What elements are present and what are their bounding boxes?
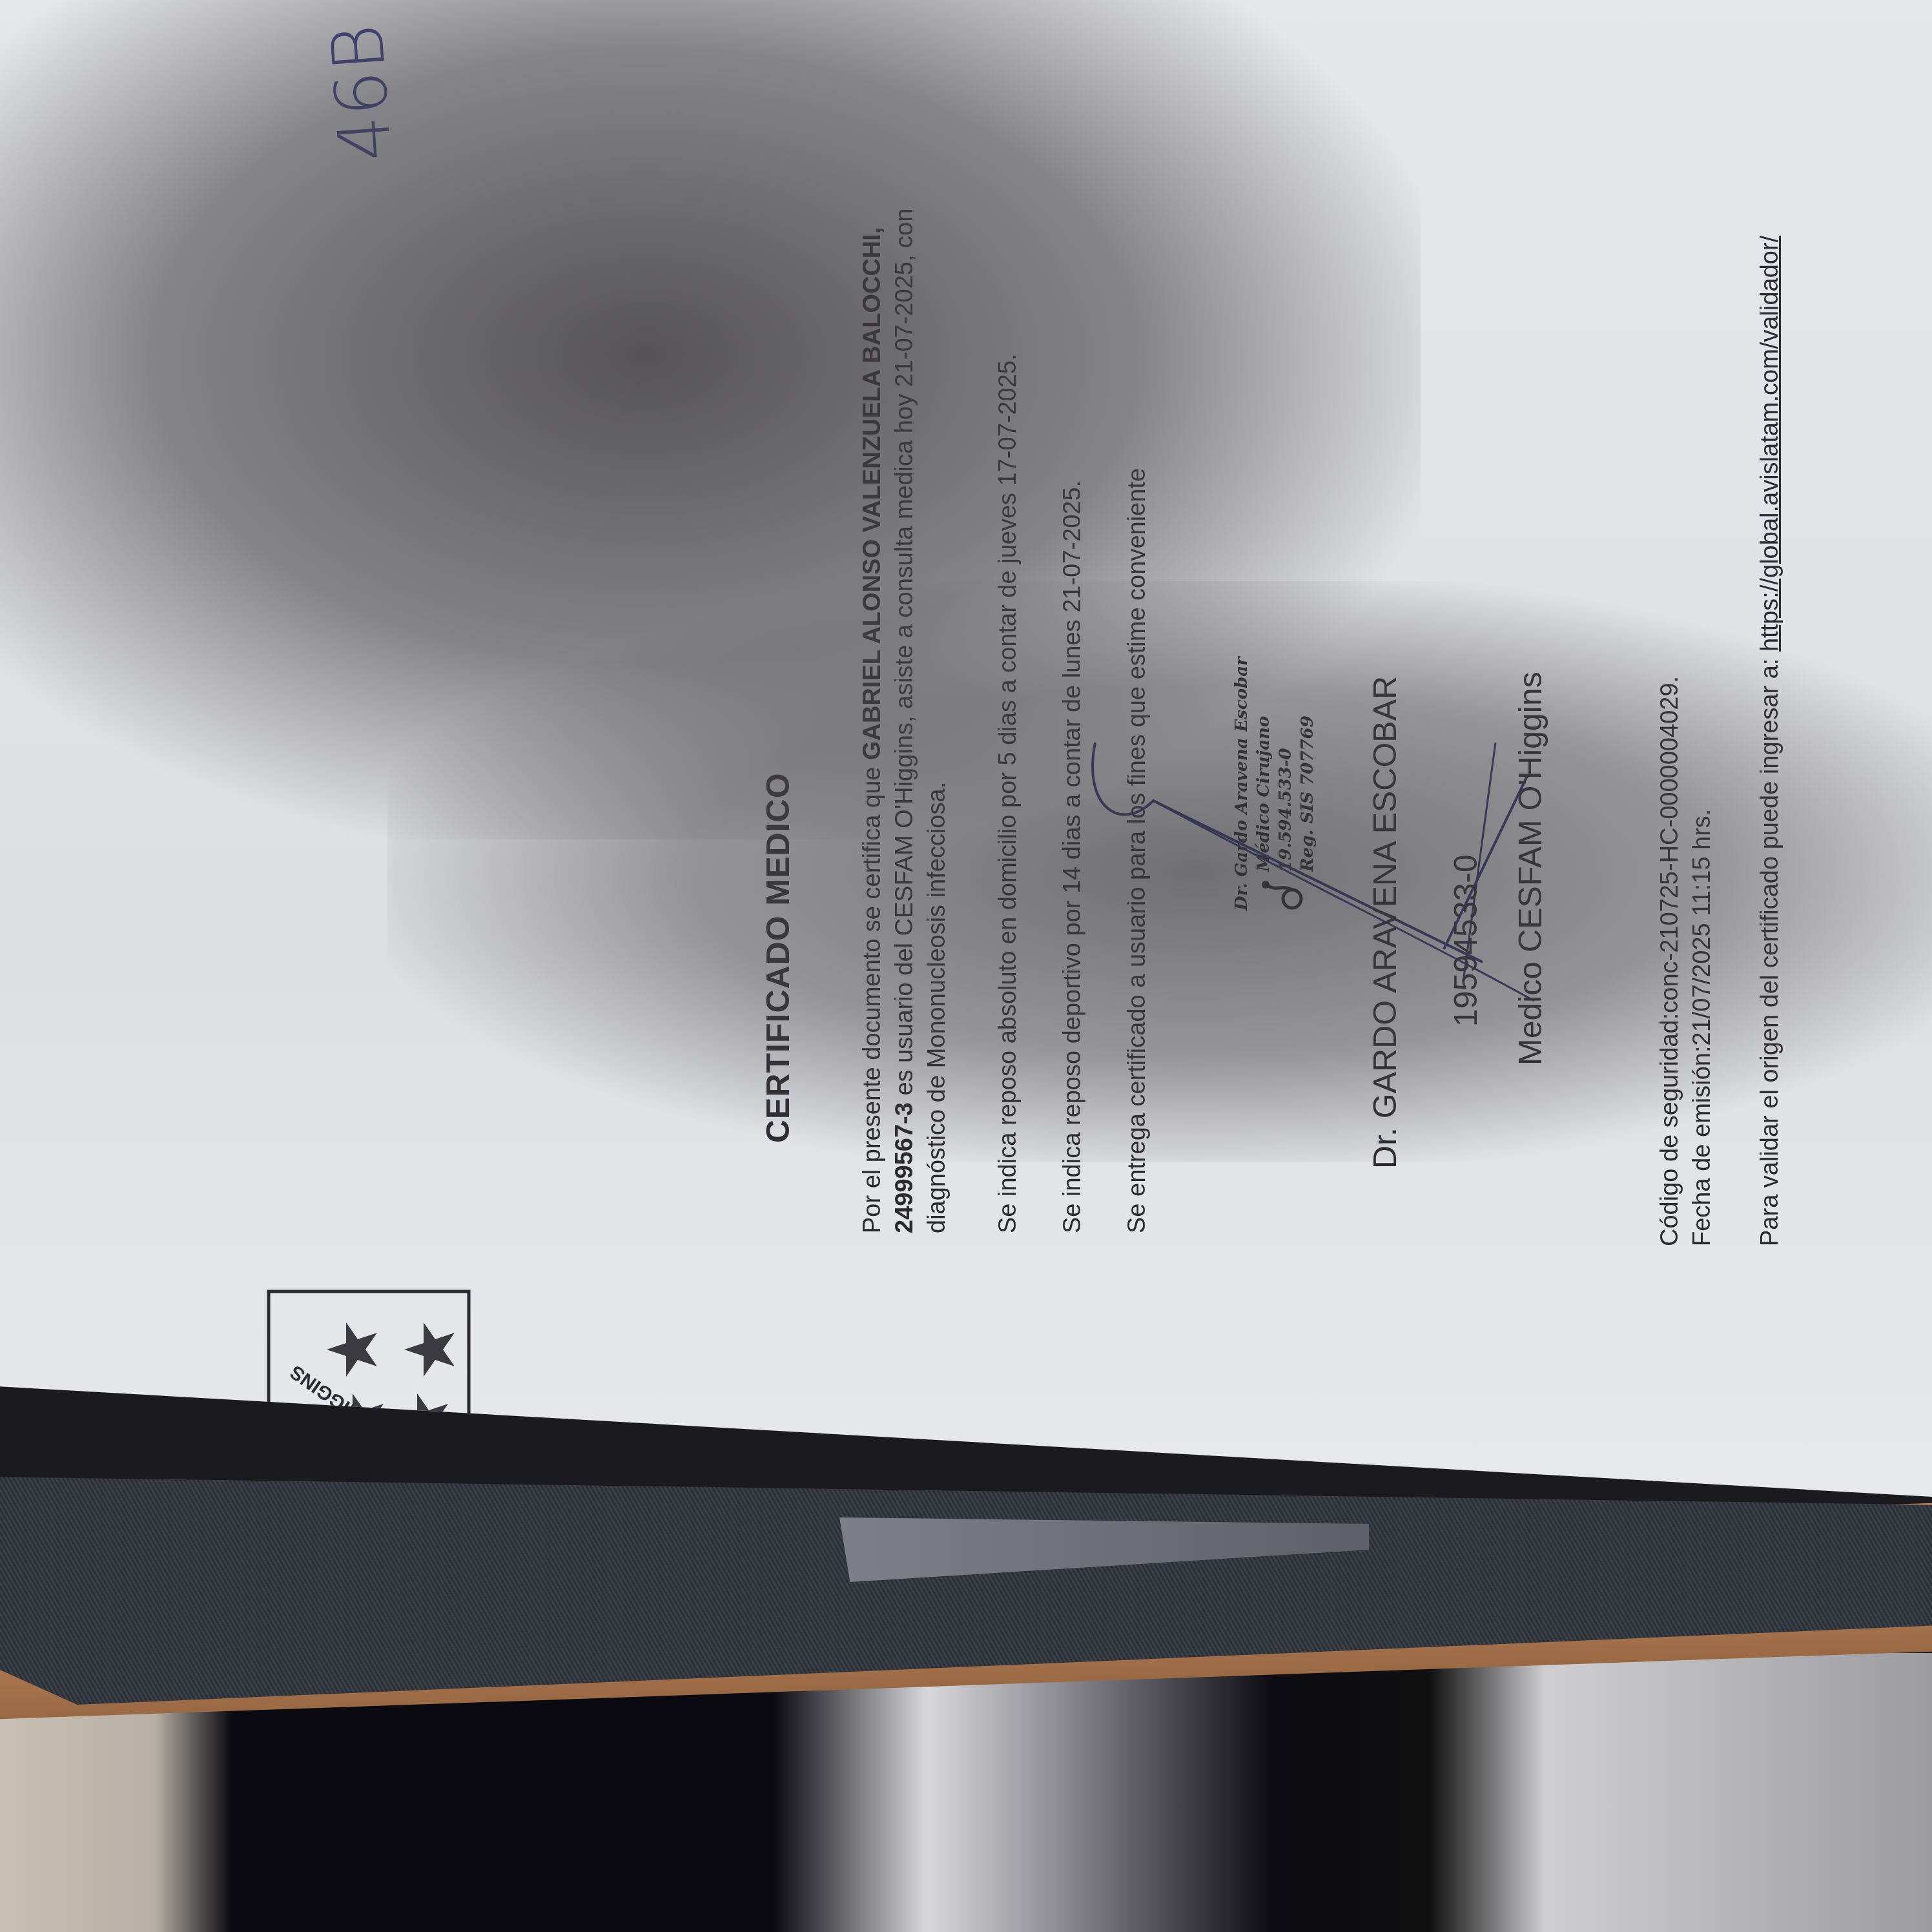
validation-text: Para validar el origen del certificado p… (1756, 652, 1783, 1246)
security-code: Código de seguridad:conc-210725-HC-00000… (1654, 676, 1686, 1246)
validation-link[interactable]: https://global.avislatam.com/validador/ (1756, 236, 1783, 652)
signer-name: Dr. GARDO ARAVENA ESCOBAR (1366, 676, 1404, 1169)
certificate-content: CESFAM O'HIGGINS CERTIFICADO MEDICO Por … (256, 45, 1676, 1530)
intro-paragraph: Por el presente documento se certifica q… (856, 200, 953, 1233)
intro-prefix: Por el presente documento se certifica q… (859, 760, 886, 1233)
intro-suffix: es usuario del CESFAM O'Higgins, asiste … (891, 209, 951, 1233)
svg-text:CESFAM O'HIGGINS: CESFAM O'HIGGINS (286, 1361, 452, 1486)
signer-rut: 19594533-0 (1447, 854, 1485, 1027)
validation-notice: Para validar el origen del certificado p… (1754, 236, 1786, 1246)
signer-role: Medico CESFAM O'Higgins (1512, 672, 1549, 1065)
issue-date: Fecha de emisión:21/07/2025 11:15 hrs. (1686, 809, 1718, 1246)
indication-rest-home: Se indica reposo absoluto en domicilio p… (992, 200, 1024, 1233)
certificate-paper: CESFAM O'HIGGINS CERTIFICADO MEDICO Por … (0, 0, 1932, 1576)
handwritten-note: 46B (316, 22, 407, 164)
document-title: CERTIFICADO MEDICO (759, 772, 797, 1143)
